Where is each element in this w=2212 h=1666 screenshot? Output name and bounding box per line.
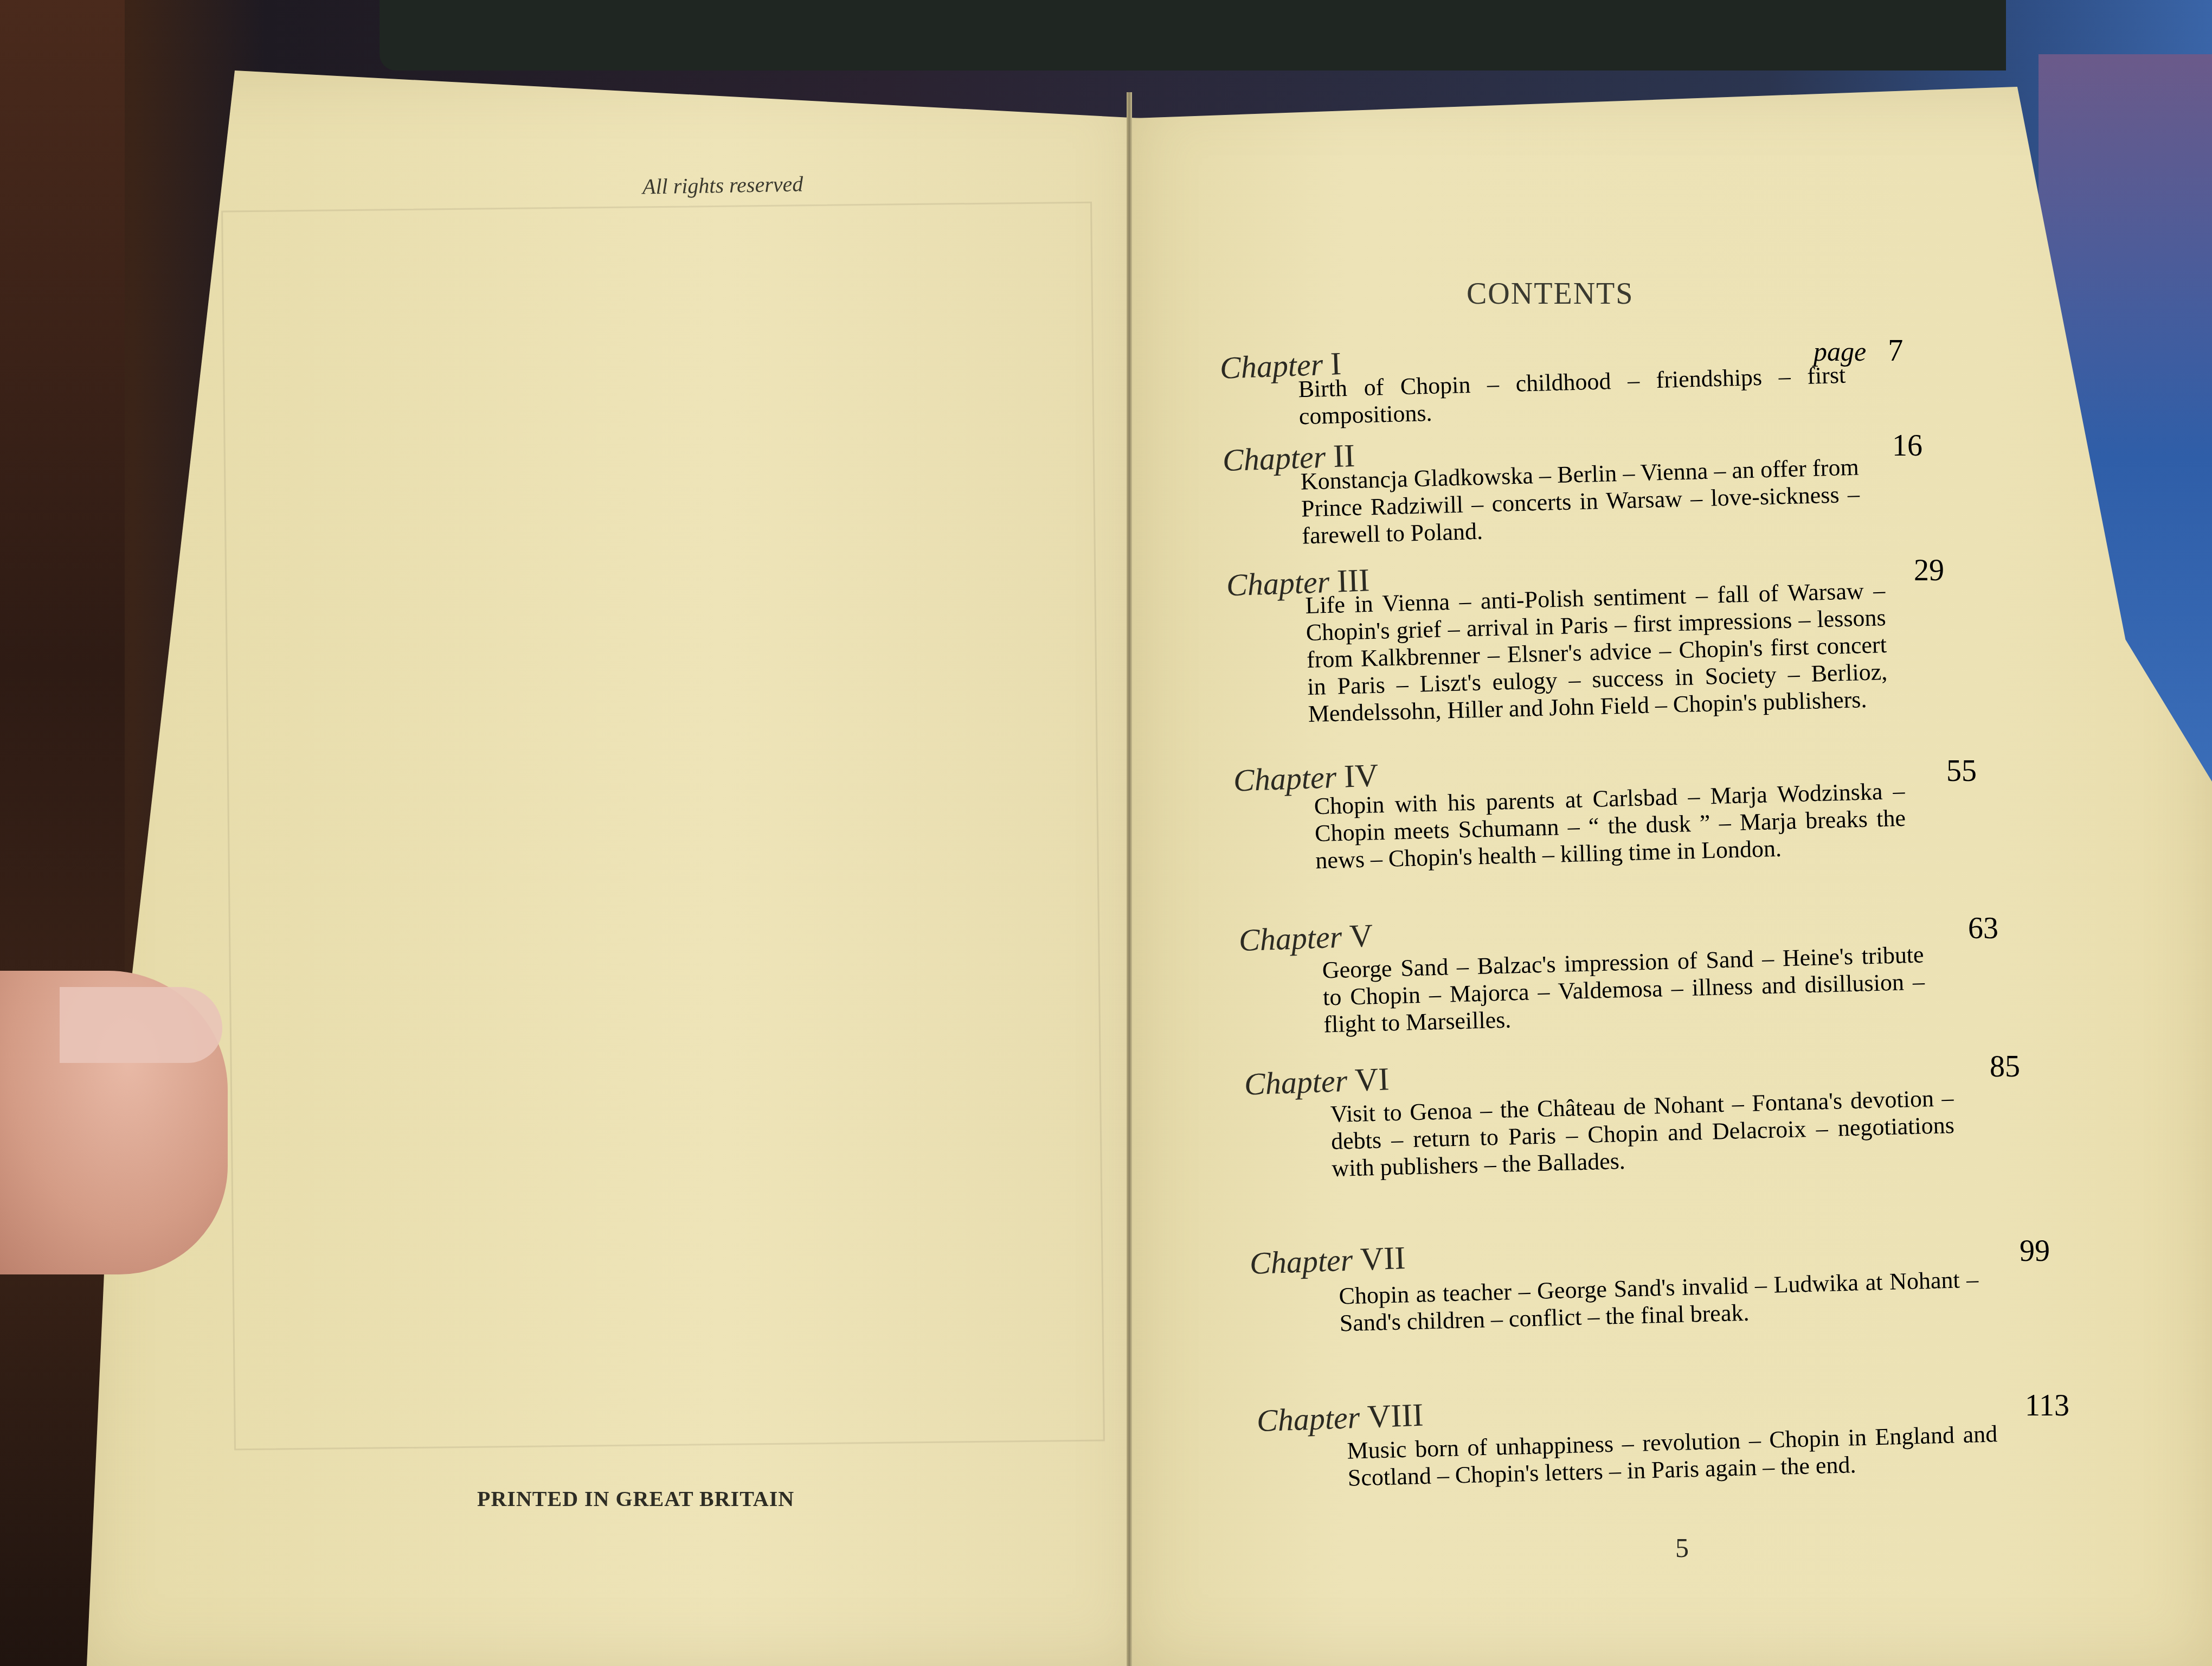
page-number-7: 99 [2020, 1234, 2050, 1268]
page-number-8: 113 [2025, 1388, 2069, 1423]
toc-entry-6: ChapterVI [1244, 1060, 1390, 1103]
toc-entry-8: ChapterVIII [1256, 1396, 1424, 1440]
chapter-description-6: Visit to Genoa – the Château de Nohant –… [1330, 1085, 1956, 1182]
chapter-description-4: Chopin with his parents at Carlsbad – Ma… [1314, 778, 1907, 874]
page-number-6: 85 [1990, 1049, 2020, 1084]
chapter-description-5: George Sand – Balzac's impression of San… [1322, 941, 1926, 1038]
page-number-5: 63 [1968, 911, 1998, 946]
book-spine [1127, 92, 1132, 1666]
show-through-frame [221, 202, 1105, 1451]
toc-entry-5: ChapterV [1238, 917, 1374, 959]
page-number-3: 29 [1914, 553, 1944, 588]
background-dark-object [380, 0, 2006, 71]
printer-line: PRINTED IN GREAT BRITAIN [477, 1486, 794, 1511]
rights-notice: All rights reserved [642, 171, 803, 199]
chapter-description-2: Konstancja Gladkowska – Berlin – Vienna … [1300, 454, 1861, 550]
thumbnail [60, 987, 222, 1063]
contents-heading: CONTENTS [1467, 277, 1634, 311]
page-number-2: 16 [1892, 428, 1922, 463]
page-folio: 5 [1675, 1532, 1689, 1564]
toc-entry-7: ChapterVII [1249, 1239, 1406, 1282]
page-number-4: 55 [1946, 754, 1977, 789]
chapter-description-3: Life in Vienna – anti-Polish sentiment –… [1305, 577, 1888, 728]
